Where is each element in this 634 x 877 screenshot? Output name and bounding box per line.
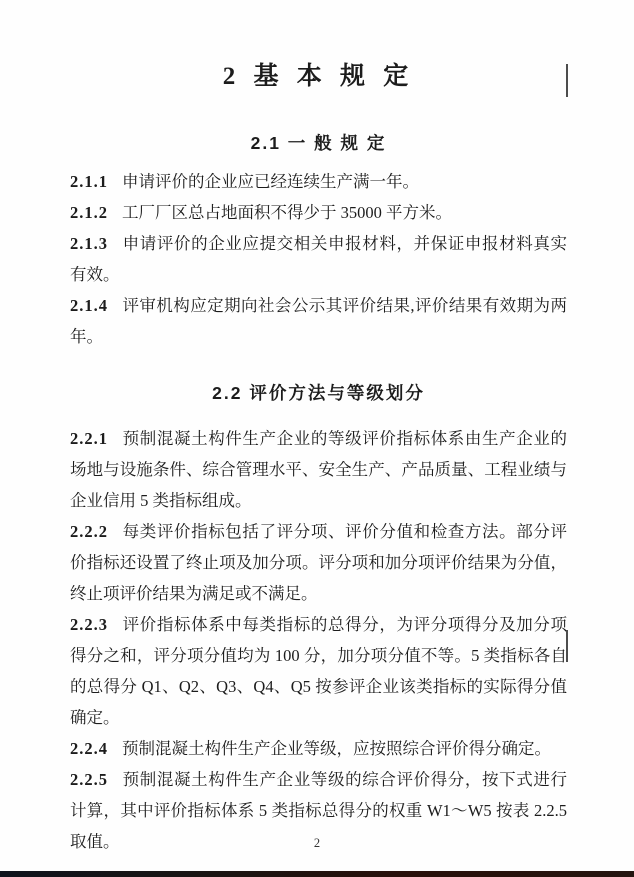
scan-bottom-edge [0, 871, 634, 877]
section-2-1-clauses: 2.1.1申请评价的企业应已经连续生产满一年。 2.1.2工厂厂区总占地面积不得… [70, 166, 567, 352]
clause-number: 2.2.1 [70, 429, 108, 448]
clause-text: 预制混凝土构件生产企业等级，应按照综合评价得分确定。 [122, 739, 551, 758]
section-2-2-clauses: 2.2.1预制混凝土构件生产企业的等级评价指标体系由生产企业的场地与设施条件、综… [70, 423, 567, 857]
clause-number: 2.2.3 [70, 615, 108, 634]
clause-number: 2.2.4 [70, 739, 108, 758]
chapter-title: 2 基 本 规 定 [70, 62, 567, 92]
page-content: 2 基 本 规 定 2.1 一 般 规 定 2.1.1申请评价的企业应已经连续生… [70, 0, 567, 857]
clause-number: 2.1.4 [70, 296, 108, 315]
clause-text: 工厂厂区总占地面积不得少于 35000 平方米。 [122, 203, 452, 222]
revision-change-bar-title [566, 64, 568, 97]
clause-number: 2.1.2 [70, 203, 108, 222]
clause-text: 预制混凝土构件生产企业的等级评价指标体系由生产企业的场地与设施条件、综合管理水平… [70, 429, 567, 510]
clause-text: 申请评价的企业应已经连续生产满一年。 [122, 172, 419, 191]
clause-2-2-4: 2.2.4预制混凝土构件生产企业等级，应按照综合评价得分确定。 [70, 733, 567, 764]
clause-2-1-2: 2.1.2工厂厂区总占地面积不得少于 35000 平方米。 [70, 197, 567, 228]
clause-2-2-2: 2.2.2每类评价指标包括了评分项、评价分值和检查方法。部分评价指标还设置了终止… [70, 516, 567, 609]
section-heading-2-1: 2.1 一 般 规 定 [70, 133, 567, 153]
document-page: 2 基 本 规 定 2.1 一 般 规 定 2.1.1申请评价的企业应已经连续生… [0, 0, 634, 877]
clause-2-1-1: 2.1.1申请评价的企业应已经连续生产满一年。 [70, 166, 567, 197]
clause-number: 2.1.3 [70, 234, 108, 253]
clause-text: 申请评价的企业应提交相关申报材料，并保证申报材料真实有效。 [70, 234, 567, 284]
clause-text: 每类评价指标包括了评分项、评价分值和检查方法。部分评价指标还设置了终止项及加分项… [70, 522, 567, 603]
clause-number: 2.2.2 [70, 522, 108, 541]
clause-2-2-1: 2.2.1预制混凝土构件生产企业的等级评价指标体系由生产企业的场地与设施条件、综… [70, 423, 567, 516]
revision-change-bar-clause-2-2-3 [566, 630, 568, 662]
clause-2-1-4: 2.1.4评审机构应定期向社会公示其评价结果,评价结果有效期为两年。 [70, 290, 567, 352]
clause-text: 评审机构应定期向社会公示其评价结果,评价结果有效期为两年。 [70, 296, 567, 346]
clause-number: 2.1.1 [70, 172, 108, 191]
clause-2-2-3: 2.2.3评价指标体系中每类指标的总得分，为评分项得分及加分项得分之和，评分项分… [70, 609, 567, 733]
clause-number: 2.2.5 [70, 770, 108, 789]
clause-text: 评价指标体系中每类指标的总得分，为评分项得分及加分项得分之和，评分项分值均为 1… [70, 615, 567, 727]
section-heading-2-2: 2.2 评价方法与等级划分 [70, 383, 567, 403]
page-number: 2 [0, 836, 634, 851]
clause-2-1-3: 2.1.3申请评价的企业应提交相关申报材料，并保证申报材料真实有效。 [70, 228, 567, 290]
